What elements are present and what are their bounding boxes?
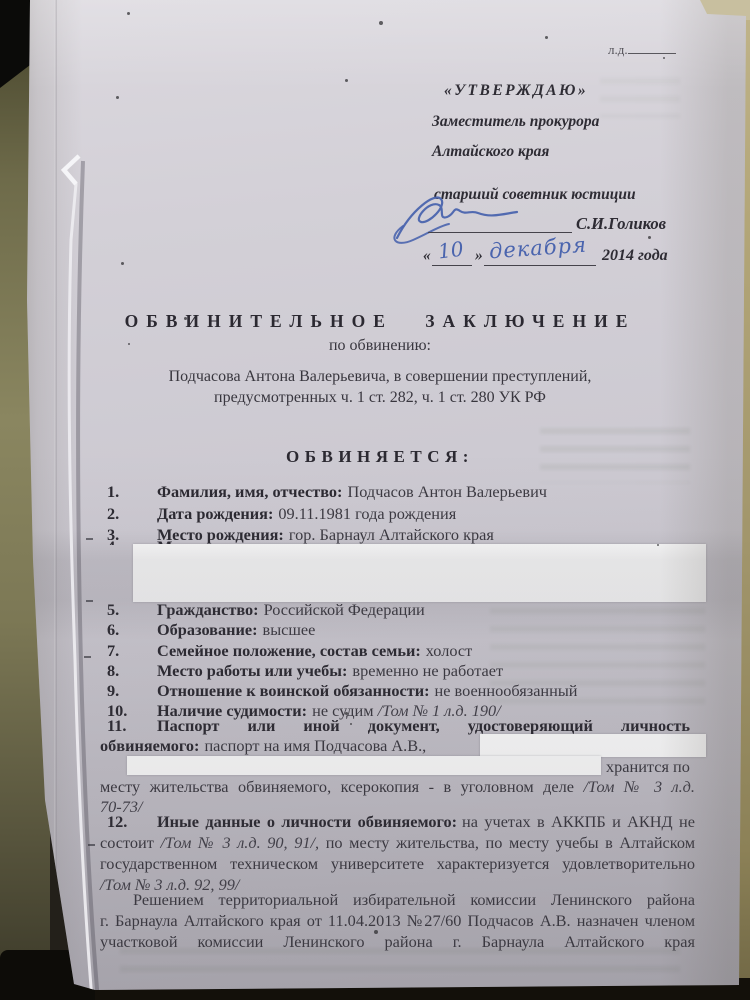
item-value: хранится по xyxy=(606,757,690,776)
details-list-part2: 5. Гражданство:Российской Федерации 6. О… xyxy=(100,600,695,722)
dust-speck xyxy=(379,21,383,25)
item-value: высшее xyxy=(263,620,316,639)
resolution-line: Решением территориальной избирательной к… xyxy=(100,889,695,910)
item-label: Фамилия, имя, отчество: xyxy=(157,482,342,501)
dust-speck xyxy=(350,723,352,725)
dust-speck xyxy=(184,317,187,320)
redaction-box xyxy=(127,756,601,775)
item12-line3: государственном техническом университете… xyxy=(100,853,695,874)
accusation-line-2: предусмотренных ч. 1 ст. 282, ч. 1 ст. 2… xyxy=(85,389,675,407)
redaction-box xyxy=(480,734,706,757)
date-quote-close: » xyxy=(475,247,483,265)
item-label: Паспорт или иной документ, удостоверяющи… xyxy=(157,716,690,735)
margin-mark xyxy=(86,600,93,602)
resolution-paragraph: Решением территориальной избирательной к… xyxy=(100,889,695,952)
item-value: на учетах в АККПБ и АКНД не xyxy=(462,812,695,831)
item-value: государственном техническом университете… xyxy=(100,854,695,873)
dust-speck xyxy=(121,262,124,265)
item-label: Иные данные о личности обвиняемого: xyxy=(157,812,457,831)
detail-row: 6. Образование:высшее xyxy=(100,620,695,640)
document-subtitle: по обвинению: xyxy=(85,337,675,355)
accusation-line-1: Подчасова Антона Валерьевича, в совершен… xyxy=(85,368,675,386)
case-sheet-label: л.д. xyxy=(608,40,676,58)
detail-row: 8. Место работы или учебы:временно не ра… xyxy=(100,661,695,681)
dust-speck xyxy=(374,930,378,934)
dust-speck xyxy=(128,343,130,345)
photographed-document: л.д. «УТВЕРЖДАЮ» Заместитель прокурора А… xyxy=(0,0,750,1000)
dust-speck xyxy=(127,12,130,15)
dust-speck xyxy=(345,79,348,82)
case-sheet-label-text: л.д. xyxy=(608,42,628,57)
item-label: Образование: xyxy=(157,620,258,639)
approval-title: «УТВЕРЖДАЮ» xyxy=(444,82,588,100)
volume-reference: /Том № 3 л.д. 90, 91/, xyxy=(160,833,319,852)
approval-position-line1: Заместитель прокурора xyxy=(432,113,599,131)
item-value: Российской Федерации xyxy=(264,600,425,619)
volume-reference: /Том № 3 л.д. xyxy=(583,777,695,796)
resolution-line: г. Барнаула Алтайского края от 11.04.201… xyxy=(100,910,695,931)
item12-line1: 12. Иные данные о личности обвиняемого:н… xyxy=(100,811,695,832)
date-quote-open: « xyxy=(423,247,431,265)
item-label: Семейное положение, состав семьи: xyxy=(157,641,421,660)
detail-row: 9. Отношение к воинской обязанности:не в… xyxy=(100,681,695,701)
handwritten-day: 10 xyxy=(437,237,465,264)
signature-line xyxy=(428,214,572,233)
item-value: 09.11.1981 года рождения xyxy=(278,504,456,523)
item-value: холост xyxy=(426,641,472,660)
dust-speck xyxy=(116,96,119,99)
margin-mark xyxy=(84,656,91,658)
margin-mark xyxy=(86,538,93,540)
charged-heading: ОБВИНЯЕТСЯ: xyxy=(85,447,675,467)
item-value: Подчасов Антон Валерьевич xyxy=(347,482,547,501)
detail-row: 5. Гражданство:Российской Федерации xyxy=(100,600,695,620)
item-label: Дата рождения: xyxy=(157,504,273,523)
redaction-box xyxy=(133,544,706,602)
detail-item-12: 12. Иные данные о личности обвиняемого:н… xyxy=(100,811,695,895)
date-year: 2014 года xyxy=(602,247,668,265)
signatory-name: С.И.Голиков xyxy=(576,214,666,234)
dust-speck xyxy=(648,236,651,239)
approval-position-line2: Алтайского края xyxy=(432,143,549,161)
detail-row: 7. Семейное положение, состав семьи:холо… xyxy=(100,641,695,661)
item-label: Отношение к воинской обязанности: xyxy=(157,681,430,700)
item12-line2: состоит /Том № 3 л.д. 90, 91/, по месту … xyxy=(100,832,695,853)
ghost-text-smudge xyxy=(600,78,680,118)
resolution-line: участковой комиссии Ленинского района г.… xyxy=(100,931,695,952)
item-label: Место работы или учебы: xyxy=(157,661,347,680)
margin-mark xyxy=(88,844,95,846)
ghost-text-smudge xyxy=(120,948,680,978)
blank-line xyxy=(628,40,676,54)
dust-speck xyxy=(657,544,659,546)
item-value: временно не работает xyxy=(352,661,503,680)
document-title: ОБВИНИТЕЛЬНОЕ ЗАКЛЮЧЕНИЕ xyxy=(85,311,675,332)
item-value: паспорт на имя Подчасова А.В., xyxy=(204,736,426,755)
item-label: Гражданство: xyxy=(157,600,259,619)
item11-line4: месту жительства обвиняемого, ксерокопия… xyxy=(100,777,695,797)
detail-row: 2. Дата рождения:09.11.1981 года рождени… xyxy=(100,503,695,525)
detail-row: 1. Фамилия, имя, отчество:Подчасов Антон… xyxy=(100,481,695,503)
item-value: не военнообязанный xyxy=(435,681,578,700)
paper-sheet: л.д. «УТВЕРЖДАЮ» Заместитель прокурора А… xyxy=(0,0,750,1000)
dust-speck xyxy=(663,57,665,59)
item-value: месту жительства обвиняемого, ксерокопия… xyxy=(100,777,574,796)
dust-speck xyxy=(545,36,548,39)
dust-speck xyxy=(345,712,348,715)
item-value: по месту жительства, по месту учебы в Ал… xyxy=(326,833,695,852)
